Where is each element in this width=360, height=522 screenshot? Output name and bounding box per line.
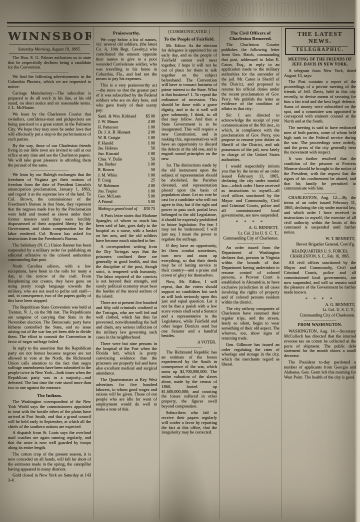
body-paragraph: A telegram from New York, dated August 1… <box>284 68 356 78</box>
total-amount: $30 75 <box>144 206 155 211</box>
latest-news-box: THE LATEST NEWS.TELEGRAPHIC. <box>285 28 355 55</box>
masthead-rule <box>9 53 90 54</box>
body-paragraph: It was further resolved that the conditi… <box>284 157 356 192</box>
communicated-tag: [COMMUNICATED.] <box>162 30 218 35</box>
signature-block-line: Commanding City of Charleston. <box>223 236 279 241</box>
body-paragraph: We learn by the Charleston Courier that … <box>8 112 91 142</box>
signature-block: A VOTER. <box>163 340 217 345</box>
body-paragraph: A dispatch from St. Louis says the overl… <box>8 431 91 451</box>
asterisk-divider: * * * * <box>284 297 356 302</box>
body-paragraph: This is a very praiseworthy act—the more… <box>96 83 157 113</box>
signature-block: W. T. BENNETT,Brevet Brigadier General, … <box>285 237 355 247</box>
signature-block: A. G. BENNETT,Lt. Col. U. S. C. T.,Comma… <box>285 303 355 319</box>
body-paragraph: A correspondent writing from the Dry Tor… <box>96 245 157 299</box>
body-paragraph: Carriage Manufactory.—The subscriber is … <box>8 91 91 111</box>
article-heading: The Indians. <box>9 393 90 398</box>
column-4-body: The Civil Officers of Charleston Removed… <box>222 31 280 367</box>
pencil-marks <box>180 2 330 17</box>
column-2-body: Praiseworthy.We copy below a list of nam… <box>96 31 157 412</box>
top-double-rule <box>7 22 354 27</box>
contribution-amount: 5 00 <box>148 199 155 204</box>
body-paragraph: Now, Mr. Editor, I will repeat, that the… <box>162 279 218 338</box>
separator-rule <box>30 72 68 73</box>
body-paragraph: The Republican State Convention was held… <box>8 305 91 344</box>
body-paragraph: The meeting is said to have embraced men… <box>284 126 356 156</box>
body-paragraph: The Washington correspondent of the New … <box>8 400 91 430</box>
body-paragraph: An order issued from the Department of W… <box>222 246 280 305</box>
signature-block: A. G. BENNETT,Lt. Col. 21st U. S. C. T.,… <box>223 226 279 242</box>
body-paragraph: Subscribers who fail to receive their pa… <box>162 410 218 435</box>
newspaper-page: WINNSBORO. Saturday Morning, August 19, … <box>0 0 360 522</box>
body-paragraph: The city railway companies of Charleston… <box>222 306 280 341</box>
body-paragraph: We learn by our Raleigh exchanges that t… <box>8 172 91 241</box>
article-heading: The Civil Officers of Charleston Removed… <box>223 31 279 42</box>
column-5-body: THE LATEST NEWS.TELEGRAPHIC.MEETING OF T… <box>284 28 356 380</box>
column-1-body: The Hon. E. G. Palmer authorizes us to s… <box>8 55 91 483</box>
column-rule-2 <box>159 26 160 519</box>
letter-dateline: HEADQUARTERS U. S. FORCES,CHARLESTON, S.… <box>284 249 356 259</box>
newsbox-line: THE LATEST NEWS. <box>287 31 353 45</box>
body-paragraph: The cotton crop of the present season, i… <box>8 452 91 472</box>
masthead-dateline: Saturday Morning, August 19, 1865. <box>8 47 91 52</box>
separator-rule <box>303 320 336 321</box>
column-5: THE LATEST NEWS.TELEGRAPHIC.MEETING OF T… <box>284 28 356 519</box>
signature-block-line: Brevet Brigadier General, Com'd'g. <box>285 242 355 247</box>
column-1: WINNSBORO. Saturday Morning, August 19, … <box>8 28 91 519</box>
separator-rule <box>237 243 264 244</box>
article-subhead: FROM WASHINGTON. <box>286 323 354 328</box>
column-rule-3 <box>219 26 220 519</box>
column-4: The Civil Officers of Charleston Removed… <box>222 28 280 519</box>
body-paragraph: The Salisbury (N. C.) Union Banner has b… <box>8 243 91 263</box>
newsbox-rule <box>292 46 348 47</box>
asterisk-divider: * * * * <box>222 220 280 225</box>
contribution-list: Saml. & Wm. Kirkland$5 00J. W. Mason2 00… <box>98 114 155 211</box>
body-paragraph: All civil offices sanctioned by the Mayo… <box>284 261 356 296</box>
body-paragraph: The Richmond Republic has an estimate of… <box>162 350 218 409</box>
body-paragraph: We copy below a list of names, viz: seve… <box>96 37 157 81</box>
column-rule-4 <box>282 26 283 519</box>
body-paragraph: North Carolina editors, with a few excep… <box>8 264 91 303</box>
body-paragraph: By the way, those of our Charleston frie… <box>8 143 91 168</box>
body-paragraph: A Paris letter states that Madame Spangl… <box>96 214 157 244</box>
letter-dateline-line: CHARLESTON, S. C., Feb. 16, 1865. <box>284 254 356 259</box>
newsbox-line: TELEGRAPHIC. <box>287 47 353 53</box>
masthead-rule <box>9 45 90 46</box>
body-paragraph: In reply to the assertion that the Repub… <box>8 346 91 390</box>
body-paragraph: The Hon. E. G. Palmer authorizes us to s… <box>8 55 91 70</box>
body-paragraph: I would respectfully inform you that by … <box>222 164 280 218</box>
masthead: WINNSBORO. Saturday Morning, August 19, … <box>8 30 91 54</box>
article-heading: To the People of Fairfield. <box>163 37 217 42</box>
separator-rule <box>30 170 68 171</box>
column-rule-1 <box>93 26 94 519</box>
body-paragraph: The Charleston Courier publishes the fol… <box>222 43 280 112</box>
body-paragraph: If they have an opportunity, let them co… <box>162 243 218 278</box>
newspaper-scan: WINNSBORO. Saturday Morning, August 19, … <box>0 0 360 522</box>
column-2: Praiseworthy.We copy below a list of nam… <box>96 28 157 519</box>
contribution-row: A Friend5 00 <box>98 199 155 204</box>
body-paragraph: We find the following advertisements in … <box>8 75 91 90</box>
contribution-total: Making a grand total of$30 75 <box>98 205 155 211</box>
body-paragraph: There were but nine persons in the hospi… <box>96 341 157 376</box>
body-paragraph: The Quartermaster at Key West advertises… <box>96 377 157 412</box>
column-3-body: [COMMUNICATED.]To the People of Fairfiel… <box>162 30 218 436</box>
article-heading: Praiseworthy. <box>97 31 156 36</box>
contributor-name: A Friend <box>98 199 112 204</box>
masthead-title: WINNSBORO. <box>8 30 91 43</box>
body-paragraph: Mr. Editor: As the election for delegate… <box>162 43 218 161</box>
total-label: Making a grand total of <box>98 206 137 211</box>
signature-block-line: A VOTER. <box>163 340 217 345</box>
body-paragraph: Gold closed in New York on Saturday at 1… <box>8 473 91 483</box>
separator-rule <box>303 193 336 194</box>
separator-rule <box>176 347 202 348</box>
article-subhead: MEETING OF THE FRIENDS OF JEFF. DAVIS IN… <box>286 57 354 67</box>
body-paragraph: The Post contains a report of the procee… <box>284 80 356 124</box>
column-3: [COMMUNICATED.]To the People of Fairfiel… <box>162 28 218 519</box>
signature-block-line: Commanding City of Charleston. <box>285 313 355 318</box>
body-paragraph: WASHINGTON, Aug. 14.—Secretary McCulloch… <box>284 329 356 359</box>
body-paragraph: Sir: I am directed to acknowledge the re… <box>222 113 280 162</box>
body-paragraph: CHARLESTON, Aug. 12.—By the terms of an … <box>284 196 356 235</box>
body-paragraph: The President to-day pardoned a number o… <box>284 360 356 380</box>
body-paragraph: There are at present five hundred and fi… <box>96 300 157 339</box>
body-paragraph: Gen. Gillmore has issued an order regula… <box>222 342 280 367</box>
body-paragraph: 1st. The distinctions made by the old in… <box>162 163 218 242</box>
